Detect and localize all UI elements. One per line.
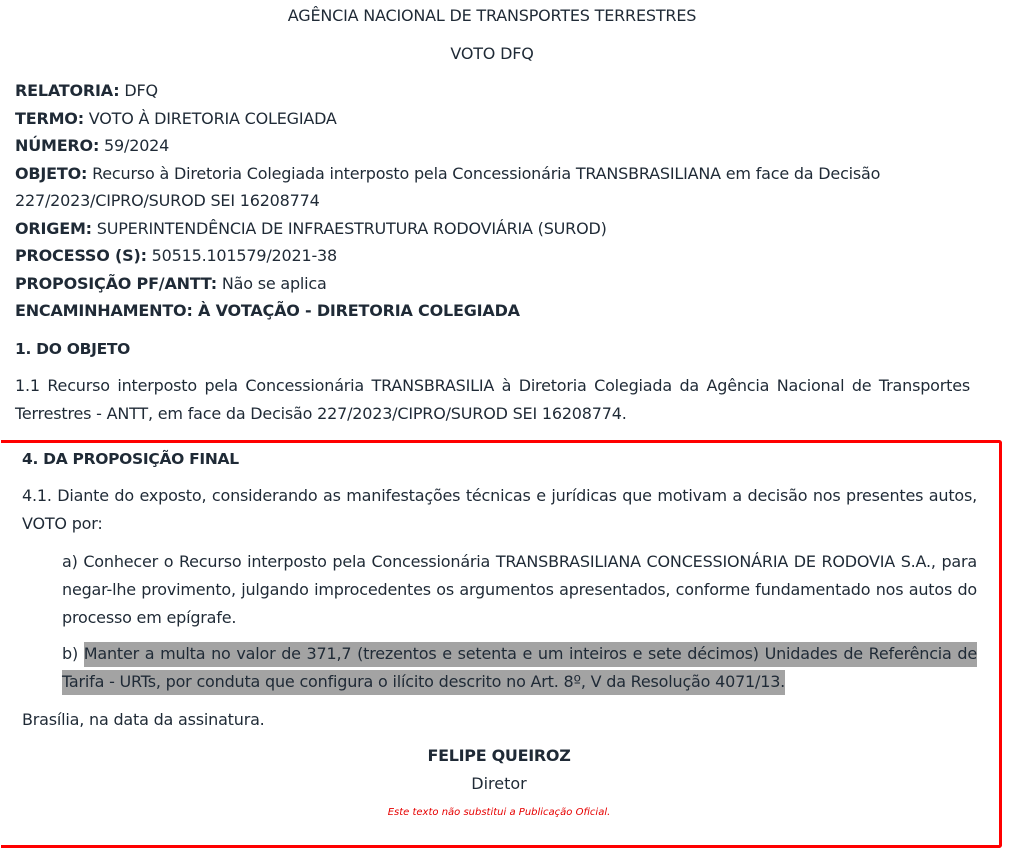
meta-encaminhamento: ENCAMINHAMENTO: À VOTAÇÃO - DIRETORIA CO… — [15, 297, 980, 325]
item-b: b) Manter a multa no valor de 371,7 (tre… — [62, 640, 977, 696]
meta-objeto: OBJETO: Recurso à Diretoria Colegiada in… — [15, 160, 980, 215]
meta-value: 50515.101579/2021-38 — [147, 246, 337, 265]
item-b-prefix: b) — [62, 644, 84, 663]
meta-proposicao: PROPOSIÇÃO PF/ANTT: Não se aplica — [15, 270, 980, 298]
meta-value: DFQ — [119, 81, 157, 100]
meta-label: PROCESSO (S) — [15, 246, 141, 265]
disclaimer-text: Este texto não substitui a Publicação Of… — [0, 807, 998, 818]
signatory-name: FELIPE QUEIROZ — [0, 746, 998, 765]
meta-value: Não se aplica — [217, 274, 327, 293]
meta-value: 59/2024 — [99, 136, 169, 155]
meta-label: TERMO — [15, 109, 78, 128]
document-page: AGÊNCIA NACIONAL DE TRANSPORTES TERRESTR… — [0, 0, 1017, 863]
meta-value: SUPERINTENDÊNCIA DE INFRAESTRUTURA RODOV… — [92, 219, 607, 238]
meta-termo: TERMO: VOTO À DIRETORIA COLEGIADA — [15, 105, 980, 133]
section-1-paragraph: 1.1 Recurso interposto pela Concessionár… — [15, 372, 970, 428]
meta-encaminhamento-text: ENCAMINHAMENTO: À VOTAÇÃO - DIRETORIA CO… — [15, 301, 520, 320]
meta-value: VOTO À DIRETORIA COLEGIADA — [84, 109, 337, 128]
meta-label: ORIGEM — [15, 219, 86, 238]
closing-line: Brasília, na data da assinatura. — [22, 706, 622, 734]
item-a: a) Conhecer o Recurso interposto pela Co… — [62, 548, 977, 632]
section-1-title: 1. DO OBJETO — [15, 340, 130, 358]
metadata-block: RELATORIA: DFQ TERMO: VOTO À DIRETORIA C… — [15, 77, 980, 325]
meta-label: NÚMERO — [15, 136, 93, 155]
meta-label: RELATORIA — [15, 81, 113, 100]
document-title: VOTO DFQ — [0, 44, 984, 63]
section-4-intro: 4.1. Diante do exposto, considerando as … — [22, 482, 977, 538]
meta-numero: NÚMERO: 59/2024 — [15, 132, 980, 160]
meta-label: OBJETO — [15, 164, 81, 183]
meta-relatoria: RELATORIA: DFQ — [15, 77, 980, 105]
meta-label: PROPOSIÇÃO PF/ANTT — [15, 274, 211, 293]
meta-processo: PROCESSO (S): 50515.101579/2021-38 — [15, 242, 980, 270]
section-4-title: 4. DA PROPOSIÇÃO FINAL — [22, 450, 239, 468]
agency-name: AGÊNCIA NACIONAL DE TRANSPORTES TERRESTR… — [0, 6, 984, 25]
signatory-role: Diretor — [0, 774, 998, 793]
meta-value: Recurso à Diretoria Colegiada interposto… — [15, 164, 880, 211]
meta-origem: ORIGEM: SUPERINTENDÊNCIA DE INFRAESTRUTU… — [15, 215, 980, 243]
item-b-highlighted-text: Manter a multa no valor de 371,7 (trezen… — [62, 642, 977, 695]
